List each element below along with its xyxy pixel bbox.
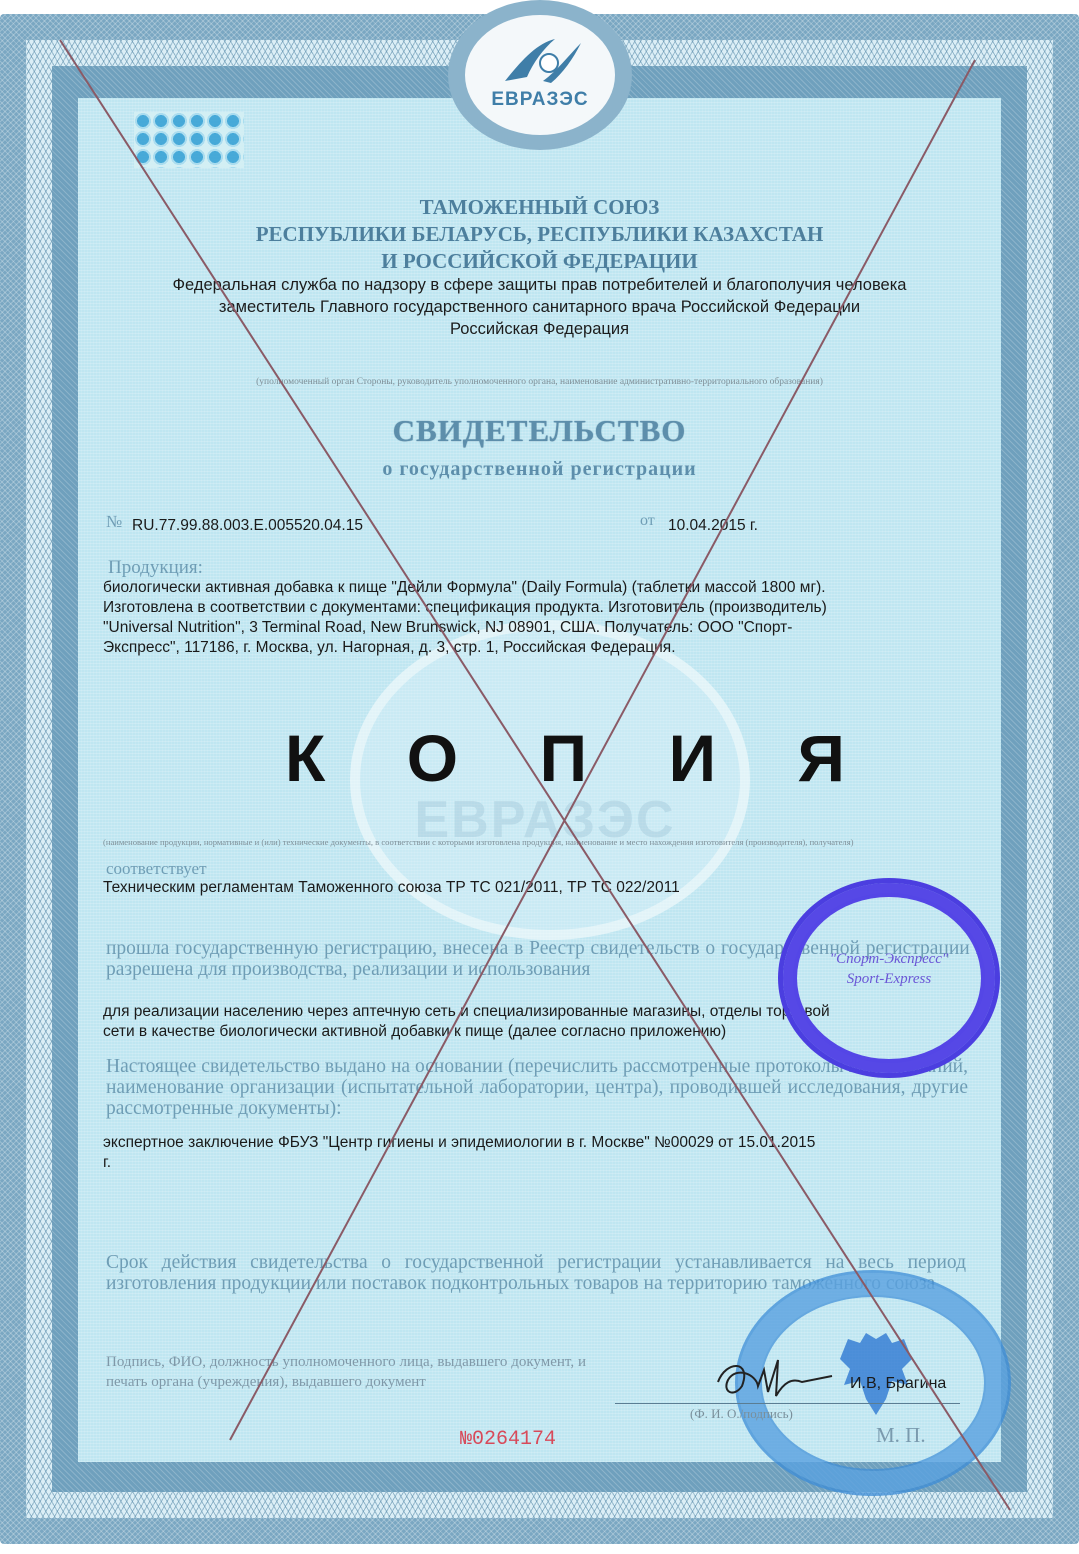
emblem-label: ЕВРАЗЭС [465, 89, 615, 111]
form-serial-number: №0264174 [460, 1428, 556, 1451]
compliance-label: соответствует [106, 859, 207, 879]
product-label: Продукция: [108, 557, 203, 579]
emblem-swoosh-icon [503, 37, 583, 85]
document-title: СВИДЕТЕЛЬСТВО [90, 413, 989, 449]
product-line: "Universal Nutrition", 3 Terminal Road, … [103, 618, 1003, 638]
signatory-name: И.В, Брагина [850, 1375, 946, 1393]
document-subtitle: о государственной регистрации [90, 458, 989, 481]
product-description: биологически активная добавка к пище "Де… [103, 578, 1003, 658]
customs-union-heading: ТАМОЖЕННЫЙ СОЮЗ РЕСПУБЛИКИ БЕЛАРУСЬ, РЕС… [90, 194, 989, 275]
product-caption: (наименование продукции, нормативные и (… [103, 837, 854, 847]
date-label: от [640, 512, 655, 530]
copy-letter: Я [798, 720, 845, 796]
product-line: Изготовлена в соответствии с документами… [103, 598, 1003, 618]
product-line: биологически активная добавка к пище "Де… [103, 578, 1003, 598]
double-headed-eagle-icon [836, 1329, 916, 1419]
registration-date: 10.04.2015 г. [668, 516, 758, 536]
authority-line: Федеральная служба по надзору в сфере за… [90, 274, 989, 296]
handwritten-signature [712, 1352, 842, 1402]
authority-line: Российская Федерация [90, 318, 989, 340]
company-stamp-line: Sport-Express [829, 969, 949, 989]
copy-letter: К [285, 720, 325, 796]
seal-place-mark: М. П. [876, 1423, 926, 1448]
issuing-authority: Федеральная служба по надзору в сфере за… [90, 274, 989, 340]
number-label: № [106, 512, 122, 532]
copy-letter: О [407, 720, 458, 796]
signature-line-caption: (Ф. И. О./подпись) [690, 1406, 793, 1422]
union-line: РЕСПУБЛИКИ БЕЛАРУСЬ, РЕСПУБЛИКИ КАЗАХСТА… [90, 221, 989, 248]
authority-line: заместитель Главного государственного са… [90, 296, 989, 318]
compliance-value: Техническим регламентам Таможенного союз… [103, 878, 680, 898]
company-stamp-text: "Спорт-Экспресс" Sport-Express [829, 949, 949, 989]
company-stamp-line: "Спорт-Экспресс" [829, 949, 949, 969]
union-line: ТАМОЖЕННЫЙ СОЮЗ [90, 194, 989, 221]
union-line: И РОССИЙСКОЙ ФЕДЕРАЦИИ [90, 248, 989, 275]
product-line: Экспресс", 117186, г. Москва, ул. Нагорн… [103, 638, 1003, 658]
eurasec-emblem-icon: ЕВРАЗЭС [448, 0, 632, 150]
authority-caption: (уполномоченный орган Стороны, руководит… [90, 377, 989, 387]
hologram-sticker [134, 112, 244, 168]
company-stamp: "Спорт-Экспресс" Sport-Express [778, 878, 1000, 1078]
signature-caption: Подпись, ФИО, должность уполномоченного … [106, 1352, 586, 1392]
basis-documents: экспертное заключение ФБУЗ "Центр гигиен… [103, 1133, 1003, 1173]
copy-letter: И [669, 720, 716, 796]
copy-letter: П [540, 720, 587, 796]
signature-line [615, 1403, 960, 1404]
registration-number: RU.77.99.88.003.Е.005520.04.15 [132, 516, 363, 536]
basis-line: г. [103, 1153, 1003, 1173]
basis-line: экспертное заключение ФБУЗ "Центр гигиен… [103, 1133, 1003, 1153]
copy-watermark: К О П И Я [285, 720, 845, 796]
